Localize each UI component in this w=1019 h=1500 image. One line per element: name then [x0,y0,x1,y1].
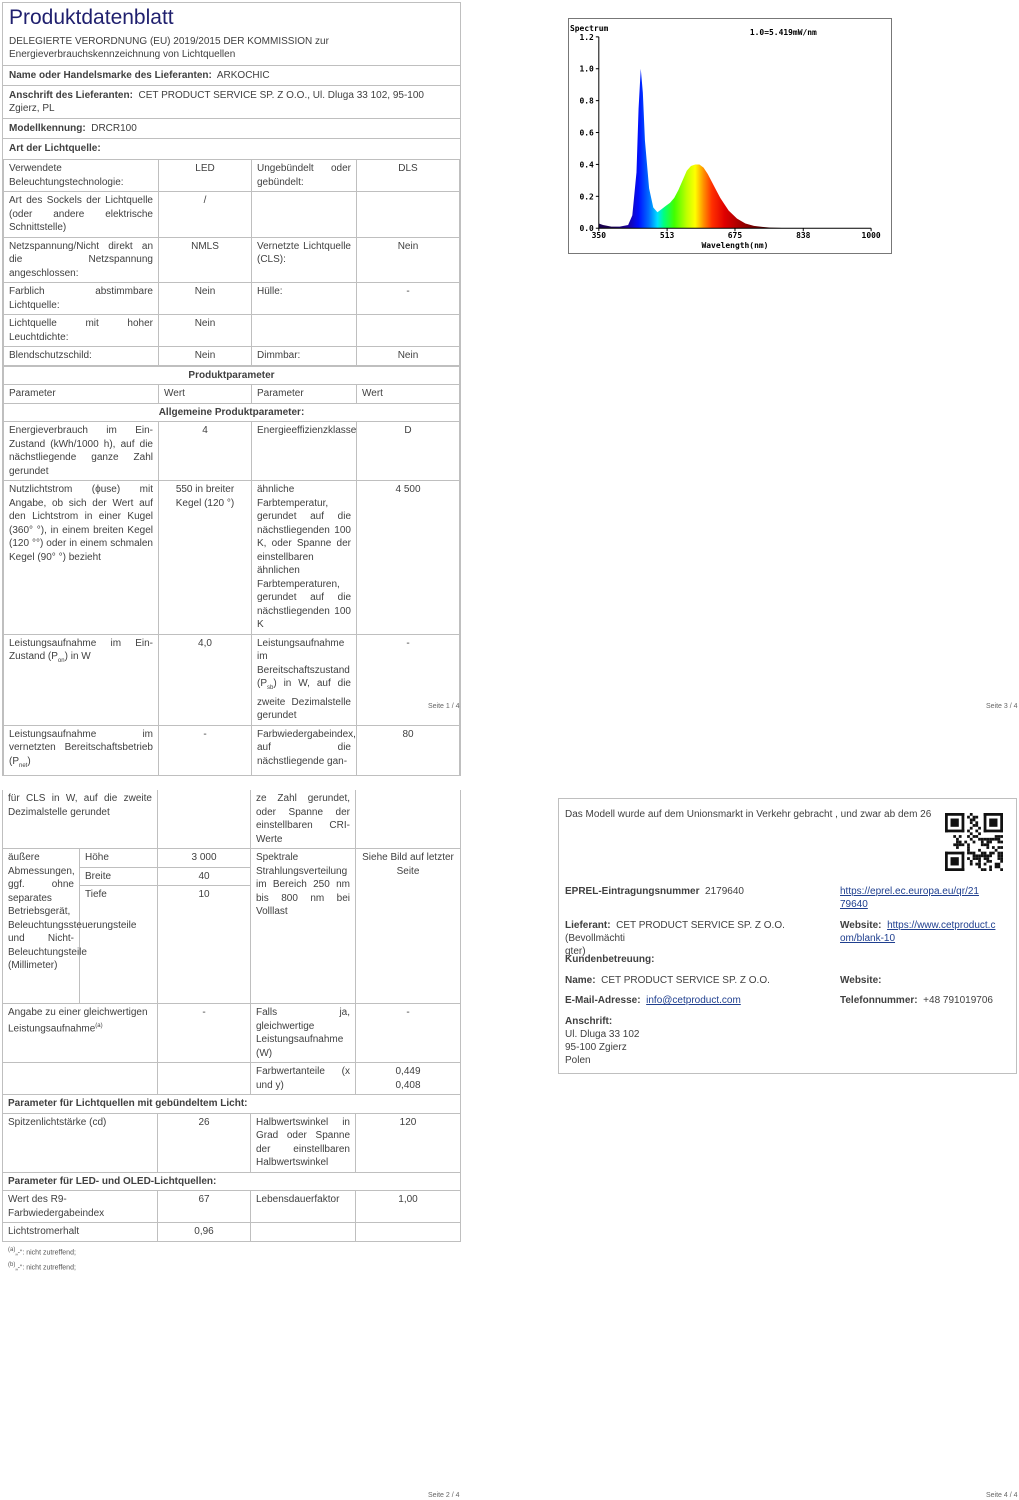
param-row: Nutzlichtstrom (ϕuse) mit Angabe, ob sic… [4,481,460,635]
svg-text:513: 513 [660,231,675,240]
supplier-address-row: Anschrift des Lieferanten: CET PRODUCT S… [3,85,460,118]
param-label: Farblich abstimmbare Lichtquelle: [4,283,159,315]
address-line: Ul. Dluga 33 102 [565,1028,640,1041]
param-value: - [158,1004,251,1063]
page-title: Produktdatenblatt [3,3,460,31]
param-value: 550 in breiter Kegel (120 °) [159,481,252,635]
email-row: E-Mail-Adresse: info@cetproduct.com [565,994,741,1007]
param-value: LED [159,160,252,192]
param-value [356,790,461,849]
type-row: Lichtquelle mit hoher Leuchtdichte:Nein [4,315,460,347]
svg-text:675: 675 [728,231,743,240]
dimensions-row: äußere Abmessungen, ggf. ohne separates … [3,849,461,868]
param-label: Art des Sockels der Lichtquelle (oder an… [4,192,159,238]
page-2-footer: Seite 2 / 4 [428,1492,460,1499]
footnote-a: (a)„-“: nicht zutreffend; [2,1244,461,1259]
supplier-name-label: Name oder Handelsmarke des Lieferanten: [9,70,212,81]
param-value: 26 [158,1113,251,1172]
param-value: D [357,422,460,481]
dimension-name: Tiefe [80,886,158,1004]
param-value: - [356,1004,461,1063]
supplier-name-value: ARKOCHIC [217,70,270,81]
supplier-name-row: Name oder Handelsmarke des Lieferanten: … [3,65,460,85]
param-label: Verwendete Beleuchtungstechnologie: [4,160,159,192]
model-row: Modellkennung: DRCR100 [3,118,460,138]
led-row: Lichtstromerhalt 0,96 [3,1223,461,1242]
param-value [357,315,460,347]
param-label: Spitzenlichtstärke (cd) [3,1113,158,1172]
dimension-name: Höhe [80,849,158,868]
website-row: Website: https://www.cetproduct.com/blan… [840,919,995,945]
cs-name-label: Name: [565,975,596,986]
light-source-type-label: Art der Lichtquelle: [9,143,101,154]
page-2: für CLS in W, auf die zweite Dezimalstel… [2,790,461,1274]
param-value: Nein [159,315,252,347]
param-value: / [159,192,252,238]
col-header-parameter-2: Parameter [252,385,357,404]
supplier-label: Lieferant: [565,920,611,931]
param-label: Ungebündelt oder gebündelt: [252,160,357,192]
param-label: Lebensdauerfaktor [251,1191,356,1223]
param-row: Leistungsaufnahme im vernetzten Bereitsc… [4,725,460,775]
led-row: Wert des R9-Farbwiedergabeindex 67 Leben… [3,1191,461,1223]
param-value [356,1223,461,1242]
param-label: Farbwiedergabeindex, auf die nächstliege… [252,725,357,775]
dimension-value: 10 [158,886,251,1004]
param-label [251,1223,356,1242]
param-label: Leistungsaufnahme im vernetzten Bereitsc… [4,725,159,775]
param-label: Hülle: [252,283,357,315]
param-value: Nein [159,283,252,315]
param-label: ze Zahl gerundet, oder Spanne der einste… [251,790,356,849]
supplier-address-label: Anschrift des Lieferanten: [9,90,133,101]
svg-text:0.6: 0.6 [579,129,594,138]
directional-row: Spitzenlichtstärke (cd) 26 Halbwertswink… [3,1113,461,1172]
param-label: Leistungsaufnahme im Ein-Zustand (Pon) i… [4,634,159,725]
param-value: Nein [357,347,460,366]
param-row: Energieverbrauch im Ein-Zustand (kWh/100… [4,422,460,481]
light-source-type-row: Art der Lichtquelle: [3,138,460,159]
svg-text:Spectrum: Spectrum [570,24,608,33]
subtitle-line-2: Energieverbrauchskennzeichnung von Licht… [9,48,454,61]
phone-row: Telefonnummer: +48 791019706 [840,994,993,1007]
param-label: Falls ja, gleichwertige Leistungsaufnahm… [251,1004,356,1063]
param-label: Vernetzte Lichtquelle (CLS): [252,237,357,283]
address-line: 95-100 Zgierz [565,1041,640,1054]
dimension-value: 40 [158,867,251,886]
col-header-value-2: Wert [357,385,460,404]
param-value: - [357,283,460,315]
email-label: E-Mail-Adresse: [565,995,641,1006]
type-row: Farblich abstimmbare Lichtquelle:NeinHül… [4,283,460,315]
param-value: 80 [357,725,460,775]
page-1-footer: Seite 1 / 4 [428,703,460,710]
continued-params-table: für CLS in W, auf die zweite Dezimalstel… [2,790,461,1242]
model-value: DRCR100 [91,123,137,134]
param-value [357,192,460,238]
param-label: Angabe zu einer gleichwertigen Leistungs… [3,1004,158,1063]
col-header-value: Wert [159,385,252,404]
general-params-heading: Allgemeine Produktparameter: [4,403,460,422]
cs-name-row: Name: CET PRODUCT SERVICE SP. Z O.O. [565,974,770,987]
address-label: Anschrift: [565,1015,640,1028]
param-value: 0,96 [158,1223,251,1242]
param-label [3,1063,158,1095]
param-row: Leistungsaufnahme im Ein-Zustand (Pon) i… [4,634,460,725]
param-value: - [357,634,460,725]
param-value: 120 [356,1113,461,1172]
footnote-b: (b)„-“: nicht zutreffend; [2,1259,461,1274]
equiv-row: Angabe zu einer gleichwertigen Leistungs… [3,1004,461,1063]
type-row: Blendschutzschild:NeinDimmbar:Nein [4,347,460,366]
page-4: Das Modell wurde auf dem Unionsmarkt in … [558,798,1017,1074]
svg-text:1.0=5.419mW/nm: 1.0=5.419mW/nm [750,28,817,37]
param-value: 67 [158,1191,251,1223]
address-block: Anschrift: Ul. Dluga 33 102 95-100 Zgier… [565,1015,640,1067]
eprel-link[interactable]: https://eprel.ec.europa.eu/qr/2179640 [840,885,979,911]
svg-text:1.2: 1.2 [579,33,594,42]
param-label: Lichtquelle mit hoher Leuchtdichte: [4,315,159,347]
spectrum-chart: 0.00.20.40.60.81.01.23505136758381000Spe… [568,18,892,254]
param-label [252,192,357,238]
param-label: Energieeffizienzklasse [252,422,357,481]
qr-code-icon[interactable] [945,813,1003,871]
continued-row: für CLS in W, auf die zweite Dezimalstel… [3,790,461,849]
param-label: Lichtstromerhalt [3,1223,158,1242]
param-label: Halbwertswinkel in Grad oder Spanne der … [251,1113,356,1172]
dimensions-label: äußere Abmessungen, ggf. ohne separates … [3,849,80,1004]
svg-text:0.2: 0.2 [579,192,594,201]
param-value: Nein [159,347,252,366]
eprel-row: EPREL-Eintragungsnummer 2179640 [565,885,744,898]
email-link[interactable]: info@cetproduct.com [646,995,741,1006]
svg-text:1000: 1000 [862,231,881,240]
light-source-type-table: Verwendete Beleuchtungstechnologie:LEDUn… [3,159,460,366]
page-3-footer: Seite 3 / 4 [986,703,1018,710]
param-label: ähnliche Farbtemperatur, gerundet auf di… [252,481,357,635]
param-label: Leistungsaufnahme im Bereitschaftszustan… [252,634,357,725]
subtitle-line-1: DELEGIERTE VERORDNUNG (EU) 2019/2015 DER… [9,35,454,48]
address-line: Polen [565,1054,640,1067]
param-value [158,1063,251,1095]
param-value [158,790,251,849]
product-params-heading: Produktparameter [4,366,460,385]
param-value: 1,00 [356,1191,461,1223]
param-label: Netzspannung/Nicht direkt an die Netzspa… [4,237,159,283]
param-label [252,315,357,347]
param-value: 0,4490,408 [356,1063,461,1095]
led-heading: Parameter für LED- und OLED-Lichtquellen… [3,1172,461,1191]
cs-name-value: CET PRODUCT SERVICE SP. Z O.O. [601,975,770,986]
svg-text:350: 350 [592,231,607,240]
param-value: NMLS [159,237,252,283]
param-label: Nutzlichtstrom (ϕuse) mit Angabe, ob sic… [4,481,159,635]
model-label: Modellkennung: [9,123,86,134]
eprel-label: EPREL-Eintragungsnummer [565,886,699,897]
param-value: 4 [159,422,252,481]
directional-heading: Parameter für Lichtquellen mit gebündelt… [3,1095,461,1114]
param-label: Blendschutzschild: [4,347,159,366]
dimension-name: Breite [80,867,158,886]
param-value: DLS [357,160,460,192]
product-params-table: Produktparameter Parameter Wert Paramete… [3,366,460,776]
eprel-value: 2179640 [705,886,744,897]
svg-text:838: 838 [796,231,811,240]
dimension-value: 3 000 [158,849,251,868]
column-headers: Parameter Wert Parameter Wert [4,385,460,404]
svg-text:Wavelength(nm): Wavelength(nm) [701,241,768,250]
param-label: Spektrale Strahlungsverteilung im Bereic… [251,849,356,1004]
type-row: Art des Sockels der Lichtquelle (oder an… [4,192,460,238]
param-value: 4,0 [159,634,252,725]
cs-website-label: Website: [840,974,882,987]
type-row: Verwendete Beleuchtungstechnologie:LEDUn… [4,160,460,192]
customer-service-label: Kundenbetreuung: [565,953,654,966]
page-4-footer: Seite 4 / 4 [986,1492,1018,1499]
param-label: Farbwertanteile (x und y) [251,1063,356,1095]
param-value: Nein [357,237,460,283]
param-value: - [159,725,252,775]
market-text: Das Modell wurde auf dem Unionsmarkt in … [565,808,940,821]
phone-label: Telefonnummer: [840,995,918,1006]
param-label: Dimmbar: [252,347,357,366]
param-label: Wert des R9-Farbwiedergabeindex [3,1191,158,1223]
col-header-parameter: Parameter [4,385,159,404]
param-label: für CLS in W, auf die zweite Dezimalstel… [3,790,158,849]
svg-text:0.8: 0.8 [579,97,594,106]
param-value: Siehe Bild auf letzter Seite [356,849,461,1004]
website-label: Website: [840,920,882,931]
type-row: Netzspannung/Nicht direkt an die Netzspa… [4,237,460,283]
svg-text:1.0: 1.0 [579,65,594,74]
regulation-subtitle: DELEGIERTE VERORDNUNG (EU) 2019/2015 DER… [3,31,460,65]
param-label: Energieverbrauch im Ein-Zustand (kWh/100… [4,422,159,481]
page-1: Produktdatenblatt DELEGIERTE VERORDNUNG … [2,2,461,776]
phone-value: +48 791019706 [923,995,993,1006]
svg-text:0.4: 0.4 [579,160,594,169]
spectrum-chart-svg: 0.00.20.40.60.81.01.23505136758381000Spe… [569,19,891,253]
chroma-row: Farbwertanteile (x und y) 0,4490,408 [3,1063,461,1095]
param-value: 4 500 [357,481,460,635]
